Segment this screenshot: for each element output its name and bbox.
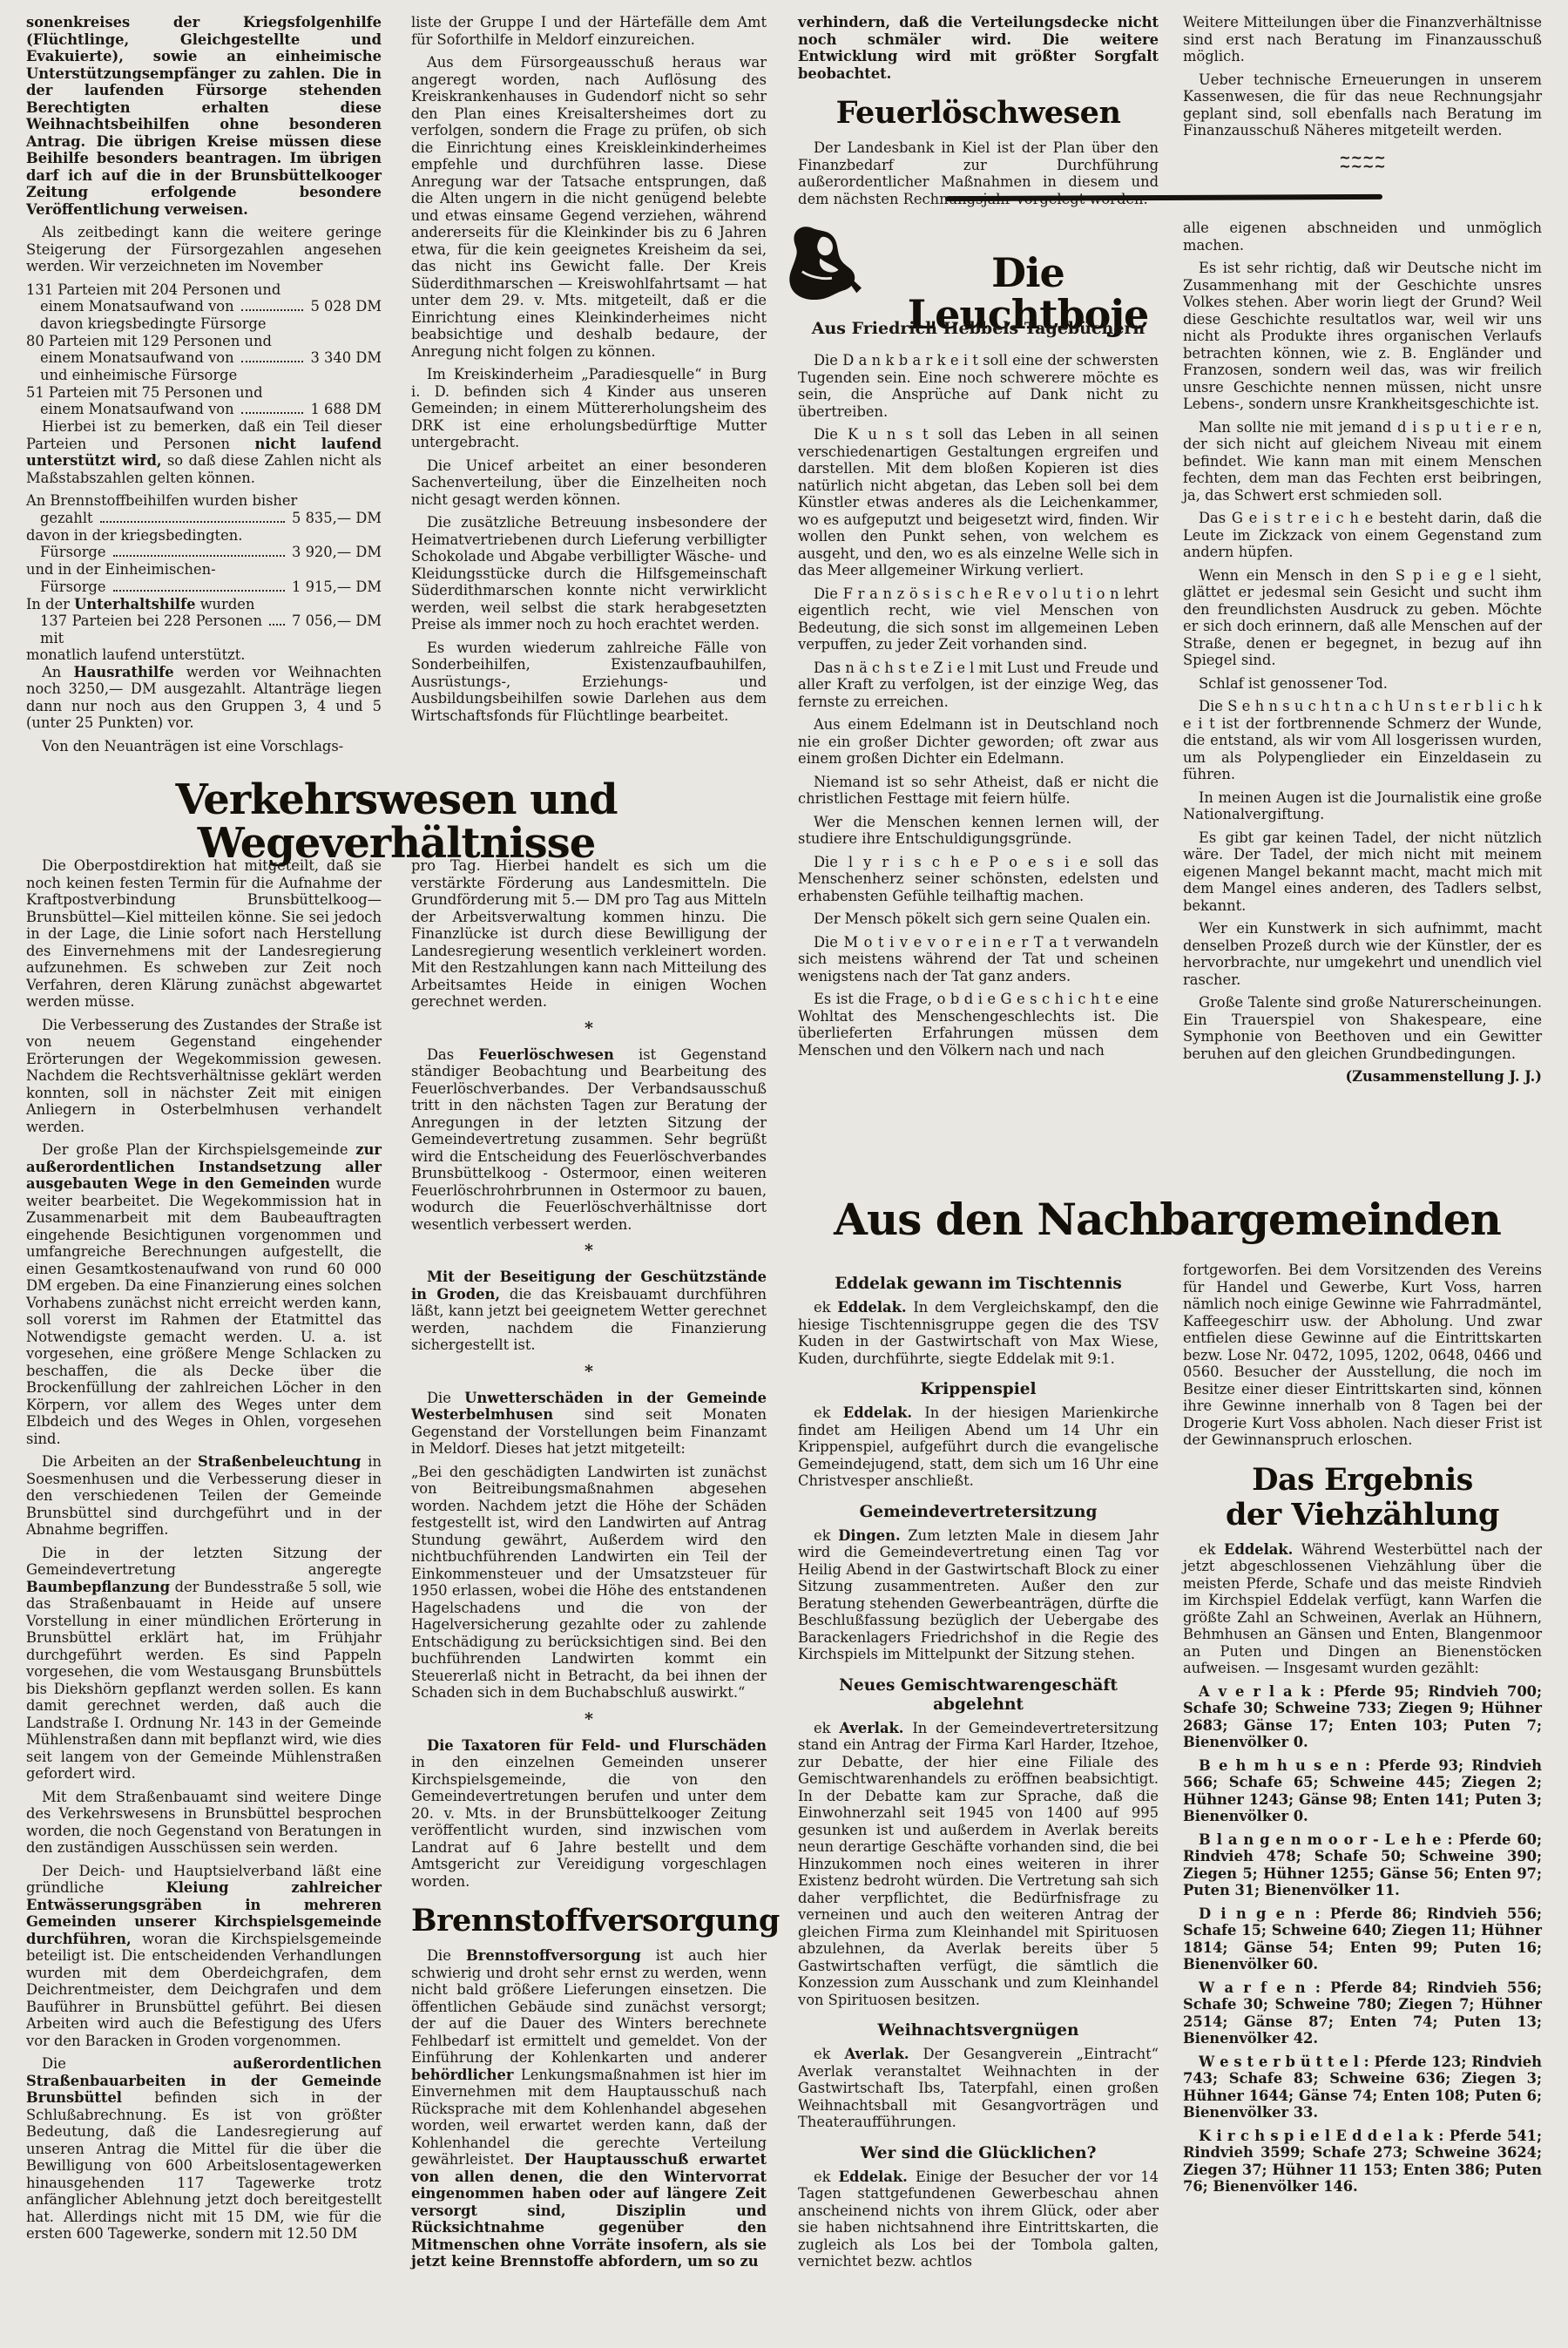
paragraph: Die Brennstoffversorgung ist auch hier s… [411, 1947, 767, 2270]
column-1-verkehrswesen: Die Oberpostdirektion hat mitgeteilt, da… [26, 857, 382, 2249]
headline-nachbargemeinden: Aus den Nachbargemeinden [784, 1197, 1551, 1243]
paragraph: Mit dem Straßenbauamt sind weitere Dinge… [26, 1789, 382, 1857]
paragraph: Die Arbeiten an der Straßenbeleuchtung i… [26, 1453, 382, 1539]
amount-line: Fürsorge1 915,— DM [26, 579, 382, 596]
paragraph: An Hausrathilfe werden vor Weihnachten n… [26, 664, 382, 732]
paragraph: ek Eddelak. Einige der Besucher der vor … [798, 2169, 1159, 2270]
text-line: An Brennstoffbeihilfen wurden bisher [26, 492, 382, 510]
text-line: und einheimische Fürsorge [26, 367, 382, 384]
text-line: 80 Parteien mit 129 Personen und [26, 333, 382, 350]
paragraph: Das Feuerlöschwesen ist Gegenstand ständ… [411, 1046, 767, 1234]
paragraph: „Bei den geschädigten Landwirten ist zun… [411, 1464, 767, 1702]
paragraph: Von den Neuanträgen ist eine Vorschlags- [26, 738, 382, 755]
paragraph: Das n ä c h s t e Z i e l mit Lust und F… [798, 660, 1159, 711]
text-line: davon kriegsbedingte Fürsorge [26, 315, 382, 333]
paragraph: Das G e i s t r e i c h e besteht darin,… [1183, 510, 1542, 561]
paragraph: W a r f e n : Pferde 84; Rindvieh 556; S… [1183, 1979, 1542, 2047]
amount-line: einem Monatsaufwand von3 340 DM [26, 349, 382, 367]
paragraph: alle eigenen abschneiden und unmöglich m… [1183, 220, 1542, 254]
paragraph: ek Eddelak. In dem Vergleichskampf, den … [798, 1299, 1159, 1367]
amount-line: gezahlt5 835,— DM [26, 510, 382, 527]
column-4-hebbel-tagebuecher: alle eigenen abschneiden und unmöglich m… [1183, 220, 1542, 1089]
paragraph: Wer die Menschen kennen lernen will, der… [798, 814, 1159, 848]
paragraph: Es ist die Frage, o b d i e G e s c h i … [798, 991, 1159, 1059]
paragraph: In meinen Augen ist die Journalistik ein… [1183, 789, 1542, 823]
article-headline: Brennstoffversorgung [411, 1904, 767, 1939]
paragraph: ek Averlak. Der Gesangverein „Eintracht“… [798, 2046, 1159, 2131]
paragraph: Die zusätzliche Betreuung insbesondere d… [411, 514, 767, 633]
paragraph: Die Taxatoren für Feld- und Flurschäden … [411, 1737, 767, 1891]
paragraph: B e h m h u s e n : Pferde 93; Rindvieh … [1183, 1757, 1542, 1825]
paragraph: Es wurden wiederum zahlreiche Fälle von … [411, 639, 767, 725]
star-separator: * [411, 1711, 767, 1728]
amount-line: 137 Parteien bei 228 Personen mit7 056,—… [26, 612, 382, 646]
paragraph: Die Unwetterschäden in der Gemeinde West… [411, 1390, 767, 1458]
paragraph: W e s t e r b ü t t e l : Pferde 123; Ri… [1183, 2054, 1542, 2121]
paragraph: Man sollte nie mit jemand d i s p u t i … [1183, 419, 1542, 504]
writer-silhouette-icon [786, 220, 876, 315]
text-line: 131 Parteien mit 204 Personen und [26, 281, 382, 299]
paragraph: Wenn ein Mensch in den S p i e g e l sie… [1183, 567, 1542, 669]
paragraph: Die Oberpostdirektion hat mitgeteilt, da… [26, 857, 382, 1011]
paragraph: Es gibt gar keinen Tadel, der nicht nütz… [1183, 829, 1542, 915]
article-subhead: Wer sind die Glücklichen? [798, 2144, 1159, 2163]
paragraph: Wer ein Kunstwerk in sich aufnimmt, mach… [1183, 920, 1542, 988]
paragraph: sonenkreises der Kriegsfolgenhilfe (Flüc… [26, 14, 382, 218]
paragraph: Der Deich- und Hauptsielverband läßt ein… [26, 1863, 382, 2050]
paragraph: Schlaf ist genossener Tod. [1183, 675, 1542, 693]
text-line: In der Unterhaltshilfe wurden [26, 596, 382, 613]
star-separator: * [411, 1363, 767, 1380]
text-line: monatlich laufend unterstützt. [26, 646, 382, 664]
paragraph: Aus einem Edelmann ist in Deutschland no… [798, 716, 1159, 768]
paragraph: Die Verbesserung des Zustandes der Straß… [26, 1017, 382, 1136]
paragraph: Die l y r i s c h e P o e s i e soll das… [798, 854, 1159, 905]
paragraph: Mit der Beseitigung der Geschützstände i… [411, 1269, 767, 1354]
amount-line: einem Monatsaufwand von1 688 DM [26, 401, 382, 418]
paragraph: Der große Plan der Kirchspielsgemeinde z… [26, 1141, 382, 1447]
leuchtboje-subtitle: Aus Friedrich Hebbels Tagebüchern [798, 319, 1159, 338]
column-2-verkehrswesen-brennstoff: pro Tag. Hierbei handelt es sich um die … [411, 857, 767, 2277]
headline-verkehrswesen: Verkehrswesen und Wegeverhältnisse [26, 778, 767, 866]
paragraph: D i n g e n : Pferde 86; Rindvieh 556; S… [1183, 1905, 1542, 1973]
column-1-top-fuersorge: sonenkreises der Kriegsfolgenhilfe (Flüc… [26, 14, 382, 761]
column-4-nachbargemeinden-viehzaehlung: fortgeworfen. Bei dem Vorsitzenden des V… [1183, 1262, 1542, 2202]
article-subhead: Gemeindevertretersitzung [798, 1503, 1159, 1522]
paragraph: verhindern, daß die Verteilungsdecke nic… [798, 14, 1159, 82]
paragraph: Die außerordentlichen Straßenbauarbeiten… [26, 2055, 382, 2243]
paragraph: Die Unicef arbeitet an einer besonderen … [411, 457, 767, 509]
paragraph: liste der Gruppe I und der Härtefälle de… [411, 14, 767, 48]
amount-line: einem Monatsaufwand von5 028 DM [26, 298, 382, 315]
paragraph: pro Tag. Hierbei handelt es sich um die … [411, 857, 767, 1011]
paragraph: Große Talente sind große Naturerscheinun… [1183, 994, 1542, 1062]
amount-line: Fürsorge3 920,— DM [26, 544, 382, 561]
column-3-hebbel-tagebuecher: Die D a n k b a r k e i t soll eine der … [798, 352, 1159, 1065]
article-subhead: Weihnachtsvergnügen [798, 2021, 1159, 2040]
column-3-nachbargemeinden: Eddelak gewann im Tischtennisek Eddelak.… [798, 1262, 1159, 2277]
paragraph: fortgeworfen. Bei dem Vorsitzenden des V… [1183, 1262, 1542, 1449]
star-separator: * [411, 1242, 767, 1259]
paragraph: Die M o t i v e v o r e i n e r T a t ve… [798, 934, 1159, 985]
paragraph: Die D a n k b a r k e i t soll eine der … [798, 352, 1159, 420]
paragraph: Aus dem Fürsorgeausschuß heraus war ange… [411, 54, 767, 360]
article-headline: Das Ergebnisder Viehzählung [1183, 1463, 1542, 1533]
signature-line: (Zusammenstellung J. J.) [1183, 1068, 1542, 1086]
paragraph: Im Kreiskinderheim „Paradiesquelle“ in B… [411, 366, 767, 451]
paragraph: Als zeitbedingt kann die weitere geringe… [26, 224, 382, 275]
paragraph: Ueber technische Erneuerungen in unserem… [1183, 71, 1542, 139]
article-headline: Feuerlöschwesen [798, 96, 1159, 131]
article-subhead: Krippenspiel [798, 1380, 1159, 1399]
paragraph: ek Dingen. Zum letzten Male in diesem Ja… [798, 1527, 1159, 1663]
paragraph: Die in der letzten Sitzung der Gemeindev… [26, 1545, 382, 1783]
feuilleton-divider-rule [945, 194, 1382, 201]
paragraph: K i r c h s p i e l E d d e l a k : Pfer… [1183, 2128, 1542, 2196]
column-2-top-fuersorge: liste der Gruppe I und der Härtefälle de… [411, 14, 767, 730]
newspaper-page: sonenkreises der Kriegsfolgenhilfe (Flüc… [0, 0, 1568, 2348]
paragraph: ek Eddelak. In der hiesigen Marienkirche… [798, 1404, 1159, 1490]
paragraph: A v e r l a k : Pferde 95; Rindvieh 700;… [1183, 1683, 1542, 1751]
paragraph: B l a n g e n m o o r - L e h e : Pferde… [1183, 1831, 1542, 1899]
paragraph: Es ist sehr richtig, daß wir Deutsche ni… [1183, 260, 1542, 413]
paragraph: Weitere Mitteilungen über die Finanzverh… [1183, 14, 1542, 65]
column-4-top-finanzen: Weitere Mitteilungen über die Finanzverh… [1183, 14, 1542, 185]
section-end-squiggle-icon: ~~~~ ~~~~ [1183, 153, 1542, 171]
paragraph: Niemand ist so sehr Atheist, daß er nich… [798, 774, 1159, 808]
paragraph: ek Eddelak. Während Westerbüttel nach de… [1183, 1541, 1542, 1677]
paragraph: ek Averlak. In der Gemeindevertretersitz… [798, 1720, 1159, 2009]
star-separator: * [411, 1020, 767, 1037]
paragraph: Die K u n s t soll das Leben in all sein… [798, 426, 1159, 579]
text-line: 51 Parteien mit 75 Personen und [26, 384, 382, 402]
article-subhead: Eddelak gewann im Tischtennis [798, 1275, 1159, 1294]
article-subhead: Neues Gemischtwarengeschäft abgelehnt [798, 1676, 1159, 1715]
paragraph: Die S e h n s u c h t n a c h U n s t e … [1183, 698, 1542, 783]
paragraph: Hierbei ist zu bemerken, daß ein Teil di… [26, 418, 382, 486]
column-3-top-feuerloeschwesen: verhindern, daß die Verteilungsdecke nic… [798, 14, 1159, 213]
text-line: davon in der kriegsbedingten. [26, 527, 382, 545]
paragraph: Der Mensch pökelt sich gern seine Qualen… [798, 910, 1159, 928]
text-line: und in der Einheimischen- [26, 561, 382, 579]
paragraph: Die F r a n z ö s i s c h e R e v o l u … [798, 585, 1159, 653]
